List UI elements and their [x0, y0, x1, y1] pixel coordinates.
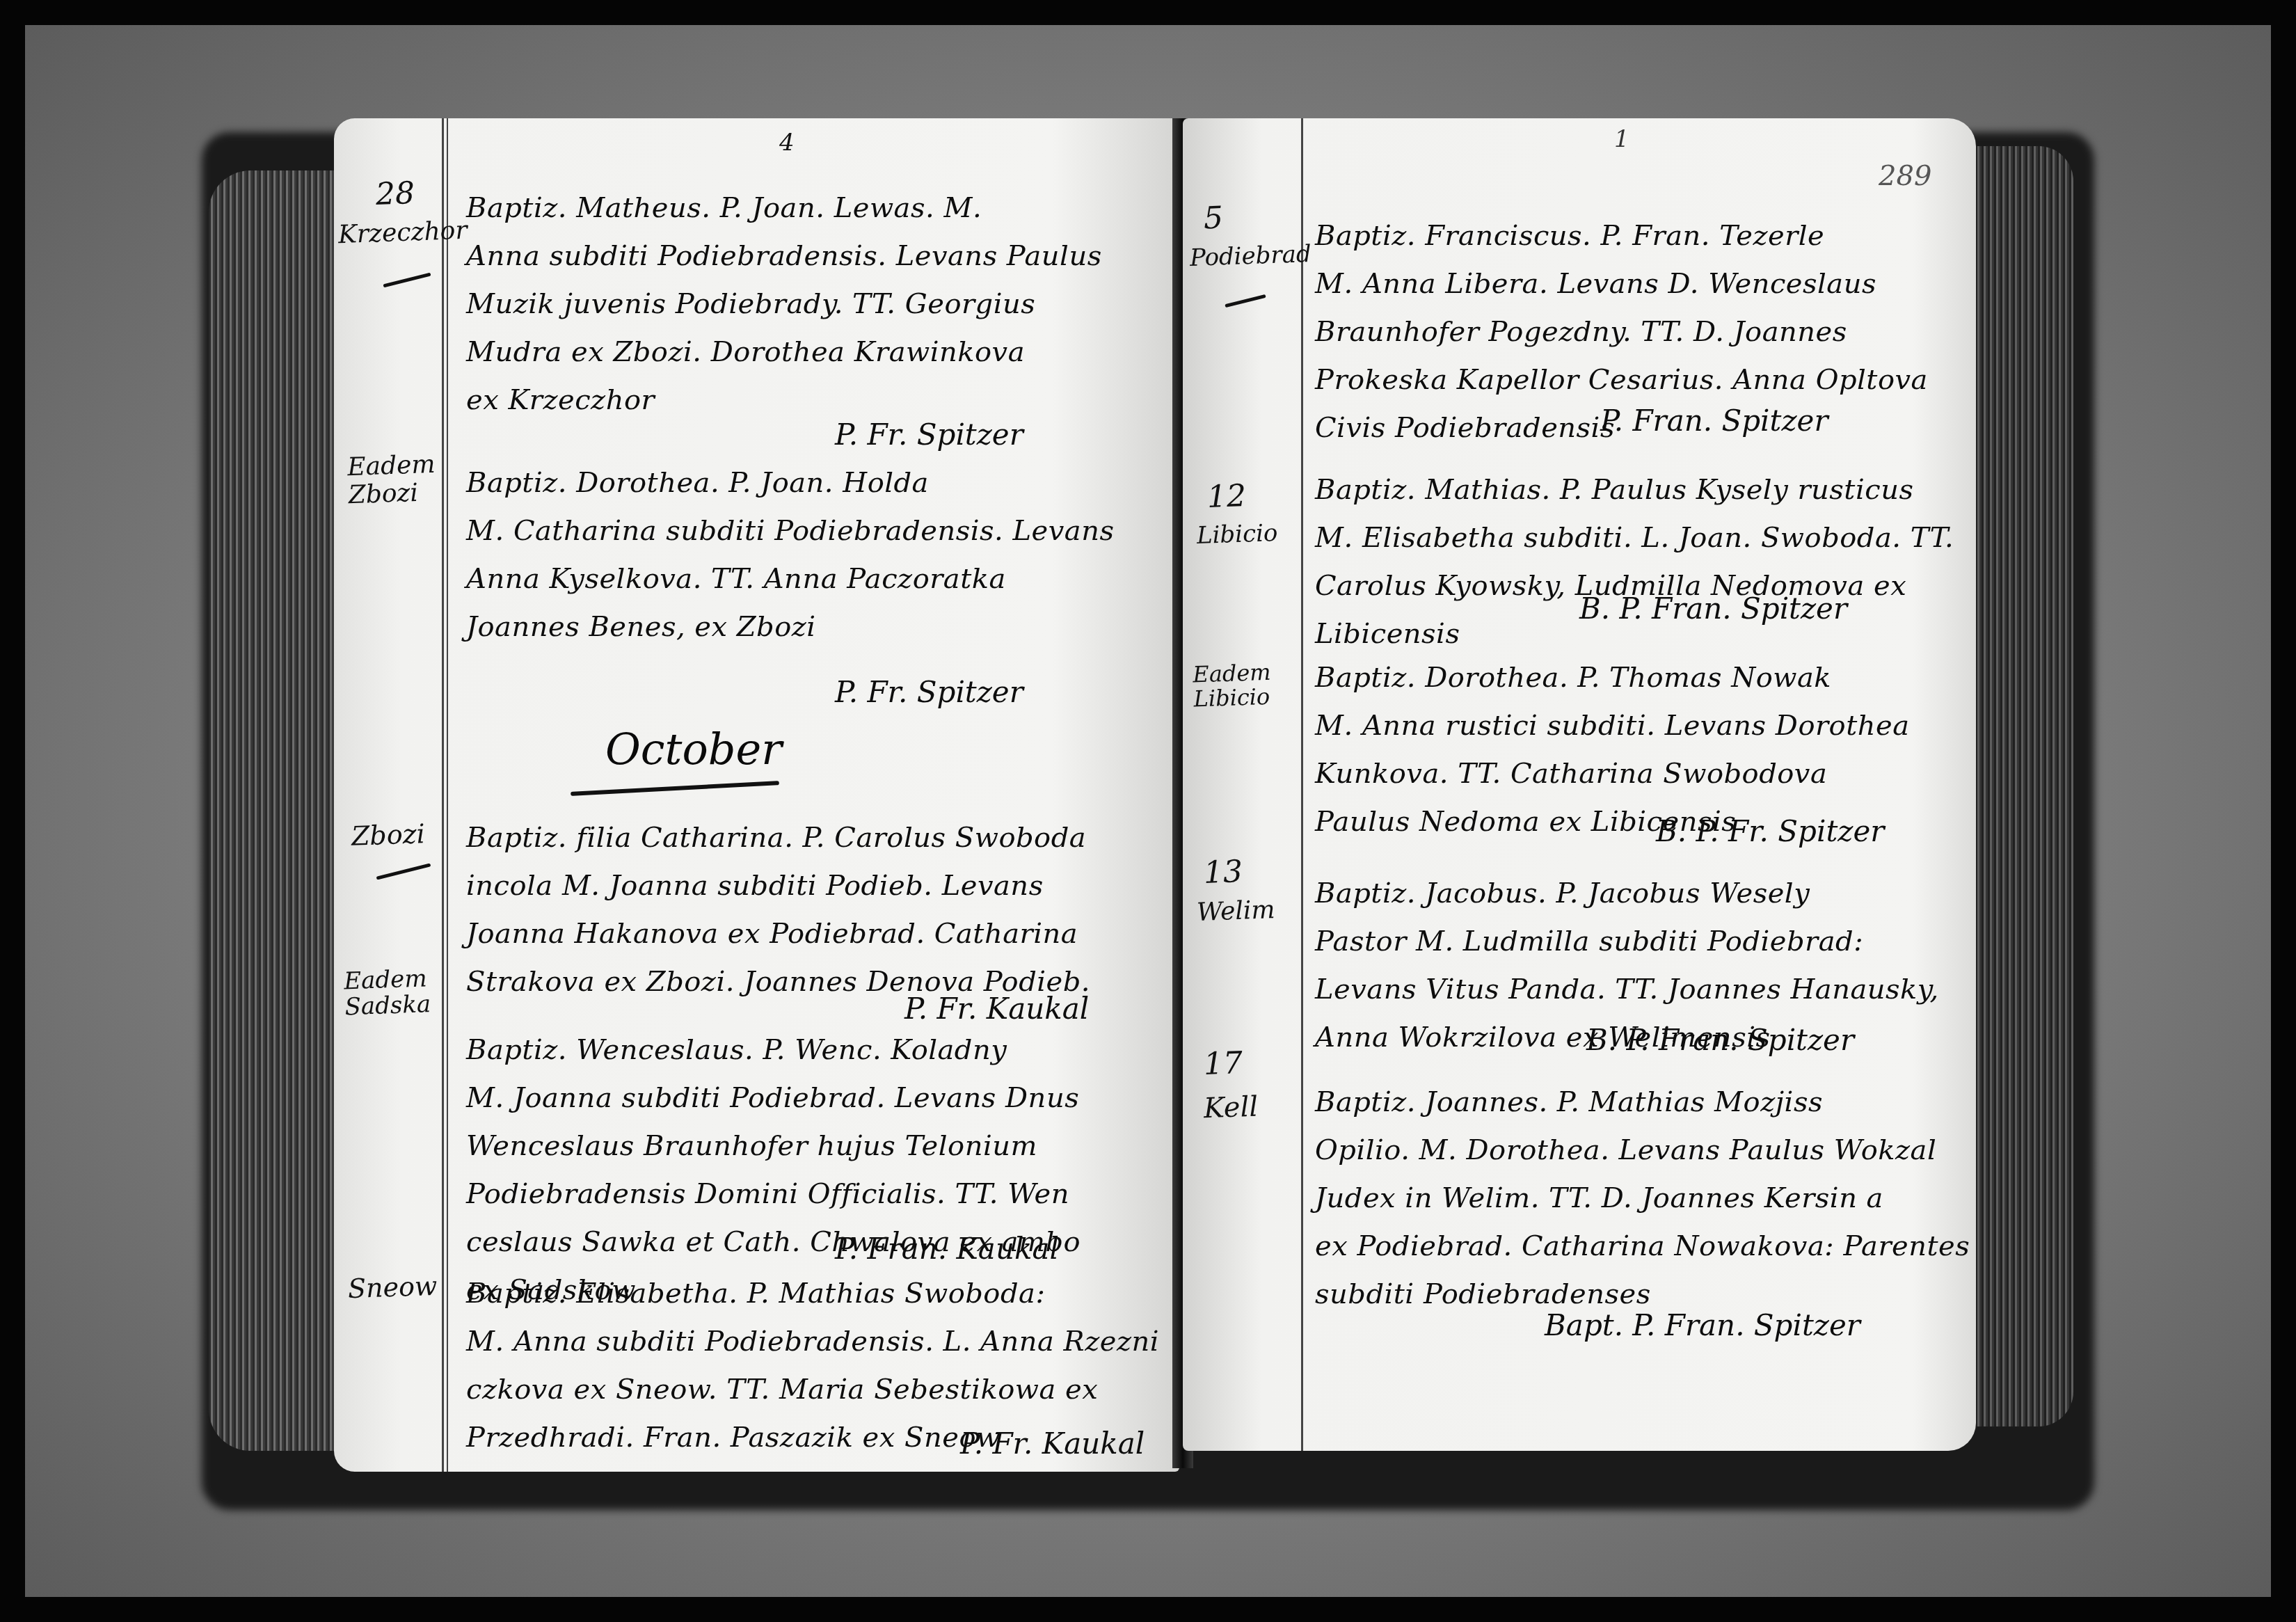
entry-line: Braunhofer Pogezdny. TT. D. Joannes: [1315, 308, 1928, 356]
margin-place: Podiebrad: [1189, 241, 1312, 271]
left-margin-rule: [442, 118, 444, 1472]
entry-line: Baptiz. Dorothea. P. Thomas Nowak: [1315, 654, 1910, 702]
margin-place: Libicio: [1196, 520, 1278, 549]
priest-signature: P. Fr. Kaukal: [960, 1426, 1145, 1461]
entry-line: Pastor M. Ludmilla subditi Podiebrad:: [1315, 918, 1939, 966]
priest-signature: B. P. Fran. Spitzer: [1579, 591, 1847, 626]
margin-place: Eadem Libicio: [1193, 659, 1298, 712]
margin-place: Zbozi: [351, 820, 425, 851]
entry-line: Podiebradensis Domini Officialis. TT. We…: [466, 1170, 1081, 1218]
entry-line: Baptiz. Dorothea. P. Joan. Holda: [466, 459, 1114, 507]
margin-place: Eadem Sadska: [344, 966, 443, 1021]
priest-signature: P. Fr. Kaukal: [904, 992, 1089, 1026]
entry-line: Baptiz. Mathias. P. Paulus Kysely rustic…: [1315, 466, 1954, 514]
margin-day: 13: [1203, 855, 1243, 890]
entry-line: Baptiz. Franciscus. P. Fran. Tezerle: [1315, 212, 1928, 260]
open-register-book: 4 28 Krzeczhor Baptiz. Matheus. P. Joan.…: [209, 104, 2073, 1496]
left-page: 4 28 Krzeczhor Baptiz. Matheus. P. Joan.…: [334, 118, 1179, 1472]
entry-line: M. Anna rustici subditi. Levans Dorothea: [1315, 702, 1910, 750]
priest-signature: P. Fr. Spitzer: [835, 418, 1023, 452]
right-margin-rule: [1301, 118, 1303, 1451]
top-mark: 1: [1614, 125, 1629, 153]
baptism-entry: Baptiz. filia Catharina. P. Carolus Swob…: [466, 814, 1090, 1006]
entry-line: czkova ex Sneow. TT. Maria Sebestikowa e…: [466, 1366, 1159, 1414]
margin-day: 28: [375, 177, 415, 212]
entry-line: incola M. Joanna subditi Podieb. Levans: [466, 862, 1090, 910]
entry-line: M. Anna subditi Podiebradensis. L. Anna …: [466, 1318, 1159, 1366]
baptism-entry: Baptiz. Joannes. P. Mathias Mozjiss Opil…: [1315, 1079, 1970, 1319]
margin-place: Krzeczhor: [337, 217, 468, 249]
top-mark: 4: [779, 129, 795, 157]
heading-underline: [571, 781, 779, 796]
entry-line: Judex in Welim. TT. D. Joannes Kersin a: [1315, 1175, 1970, 1223]
entry-line: Mudra ex Zbozi. Dorothea Krawinkova: [466, 328, 1102, 376]
priest-signature: P. Fr. Spitzer: [835, 675, 1023, 709]
baptism-entry: Baptiz. Matheus. P. Joan. Lewas. M. Anna…: [466, 184, 1102, 424]
entry-line: Muzik juvenis Podiebrady. TT. Georgius: [466, 280, 1102, 328]
margin-place: Welim: [1196, 896, 1275, 926]
margin-place: Eadem Zbozi: [347, 451, 440, 509]
entry-line: Baptiz. Matheus. P. Joan. Lewas. M.: [466, 184, 1102, 232]
margin-dash: [383, 273, 431, 288]
folio-number: 289: [1879, 160, 1931, 192]
entry-line: ex Podiebrad. Catharina Nowakova: Parent…: [1315, 1223, 1970, 1271]
entry-line: Anna subditi Podiebradensis. Levans Paul…: [466, 232, 1102, 280]
margin-place: Sneow: [347, 1272, 438, 1304]
entry-line: Kunkova. TT. Catharina Swobodova: [1315, 750, 1910, 798]
margin-day: 17: [1203, 1047, 1243, 1081]
entry-line: Baptiz. Elisabetha. P. Mathias Swoboda:: [466, 1270, 1159, 1318]
margin-day: 12: [1206, 479, 1247, 514]
entry-line: Baptiz. Joannes. P. Mathias Mozjiss: [1315, 1079, 1970, 1127]
entry-line: Prokeska Kapellor Cesarius. Anna Opltova: [1315, 356, 1928, 404]
entry-line: Anna Kyselkova. TT. Anna Paczoratka: [466, 555, 1114, 603]
priest-signature: B. P. Fran. Spitzer: [1586, 1023, 1854, 1057]
priest-signature: Bapt. P. Fran. Spitzer: [1545, 1308, 1860, 1342]
entry-line: M. Catharina subditi Podiebradensis. Lev…: [466, 507, 1114, 555]
entry-line: Opilio. M. Dorothea. Levans Paulus Wokza…: [1315, 1127, 1970, 1175]
margin-day: 5: [1203, 202, 1224, 236]
baptism-entry: Baptiz. Mathias. P. Paulus Kysely rustic…: [1315, 466, 1954, 658]
priest-signature: P. Fran. Kaukal: [835, 1232, 1059, 1266]
entry-line: M. Joanna subditi Podiebrad. Levans Dnus: [466, 1074, 1081, 1122]
entry-line: Wenceslaus Braunhofer hujus Telonium: [466, 1122, 1081, 1170]
entry-line: Baptiz. Wenceslaus. P. Wenc. Koladny: [466, 1026, 1081, 1074]
entry-line: Baptiz. filia Catharina. P. Carolus Swob…: [466, 814, 1090, 862]
right-page-edges: [1969, 146, 2073, 1426]
entry-line: M. Anna Libera. Levans D. Wenceslaus: [1315, 260, 1928, 308]
margin-place: Kell: [1203, 1092, 1259, 1124]
entry-line: Baptiz. Jacobus. P. Jacobus Wesely: [1315, 870, 1939, 918]
entry-line: Joannes Benes, ex Zbozi: [466, 603, 1114, 651]
priest-signature: B. P. Fr. Spitzer: [1656, 814, 1884, 848]
entry-line: Joanna Hakanova ex Podiebrad. Catharina: [466, 910, 1090, 958]
entry-line: Levans Vitus Panda. TT. Joannes Hanausky…: [1315, 966, 1939, 1014]
margin-dash: [376, 863, 431, 880]
baptism-entry: Baptiz. Dorothea. P. Joan. Holda M. Cath…: [466, 459, 1114, 651]
right-page: 1 289 5 Podiebrad Baptiz. Franciscus. P.…: [1183, 118, 1976, 1451]
left-margin-rule-inner: [447, 118, 448, 1472]
margin-dash: [1225, 294, 1266, 308]
entry-line: M. Elisabetha subditi. L. Joan. Swoboda.…: [1315, 514, 1954, 562]
priest-signature: P. Fran. Spitzer: [1600, 404, 1828, 438]
month-heading: October: [605, 724, 782, 774]
